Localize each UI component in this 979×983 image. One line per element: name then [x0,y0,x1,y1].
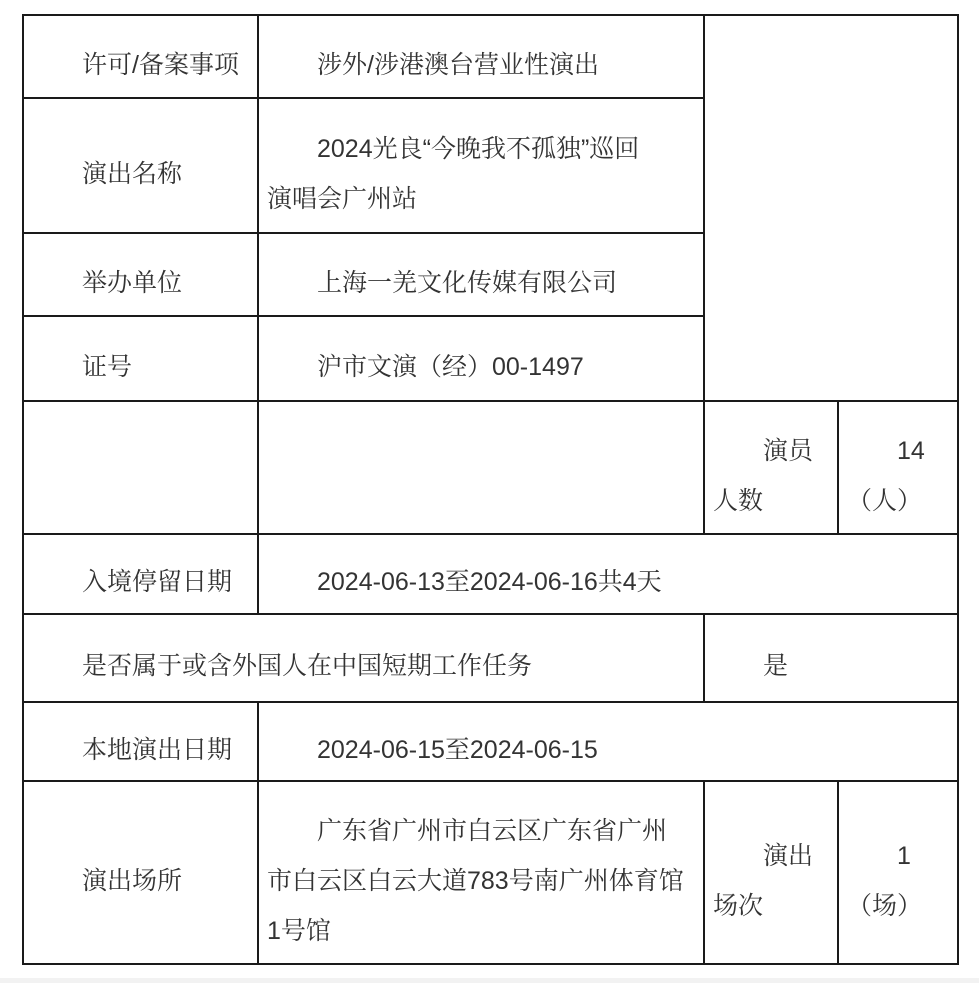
permit-item-value: 涉外/涉港澳台营业性演出 [258,15,704,98]
cert-no-value: 沪市文演（经）00-1497 [258,316,704,401]
table-row: 演出场所 广东省广州市白云区广东省广州 市白云区白云大道783号南广州体育馆 1… [23,781,958,964]
table-row: 是否属于或含外国人在中国短期工作任务 是 [23,614,958,702]
show-name-label: 演出名称 [23,98,258,233]
local-dates-value: 2024-06-15至2024-06-15 [258,702,958,781]
show-name-value: 2024光良“今晚我不孤独”巡回 演唱会广州站 [258,98,704,233]
performer-count-label: 演员 人数 [704,401,838,534]
empty-cell-left [23,401,258,534]
short-term-work-value: 是 [704,614,958,702]
performance-permit-record-page: 许可/备案事项 涉外/涉港澳台营业性演出 演出名称 2024光良“今晚我不孤独”… [0,0,979,983]
table-row: 许可/备案事项 涉外/涉港澳台营业性演出 [23,15,958,98]
session-count-label: 演出 场次 [704,781,838,964]
local-dates-label: 本地演出日期 [23,702,258,781]
empty-cell-mid [258,401,704,534]
short-term-work-label: 是否属于或含外国人在中国短期工作任务 [23,614,704,702]
organizer-label: 举办单位 [23,233,258,316]
table-row: 本地演出日期 2024-06-15至2024-06-15 [23,702,958,781]
permit-item-label: 许可/备案事项 [23,15,258,98]
entry-stay-label: 入境停留日期 [23,534,258,614]
performer-count-value: 14 （人） [838,401,958,534]
session-count-value: 1 （场） [838,781,958,964]
venue-value: 广东省广州市白云区广东省广州 市白云区白云大道783号南广州体育馆 1号馆 [258,781,704,964]
cert-no-label: 证号 [23,316,258,401]
table-row: 演员 人数 14 （人） [23,401,958,534]
venue-label: 演出场所 [23,781,258,964]
performance-permit-table: 许可/备案事项 涉外/涉港澳台营业性演出 演出名称 2024光良“今晚我不孤独”… [22,14,959,965]
organizer-value: 上海一羌文化传媒有限公司 [258,233,704,316]
page-bottom-edge [0,978,979,983]
entry-stay-value: 2024-06-13至2024-06-16共4天 [258,534,958,614]
empty-merged-cell [704,15,958,401]
table-row: 入境停留日期 2024-06-13至2024-06-16共4天 [23,534,958,614]
